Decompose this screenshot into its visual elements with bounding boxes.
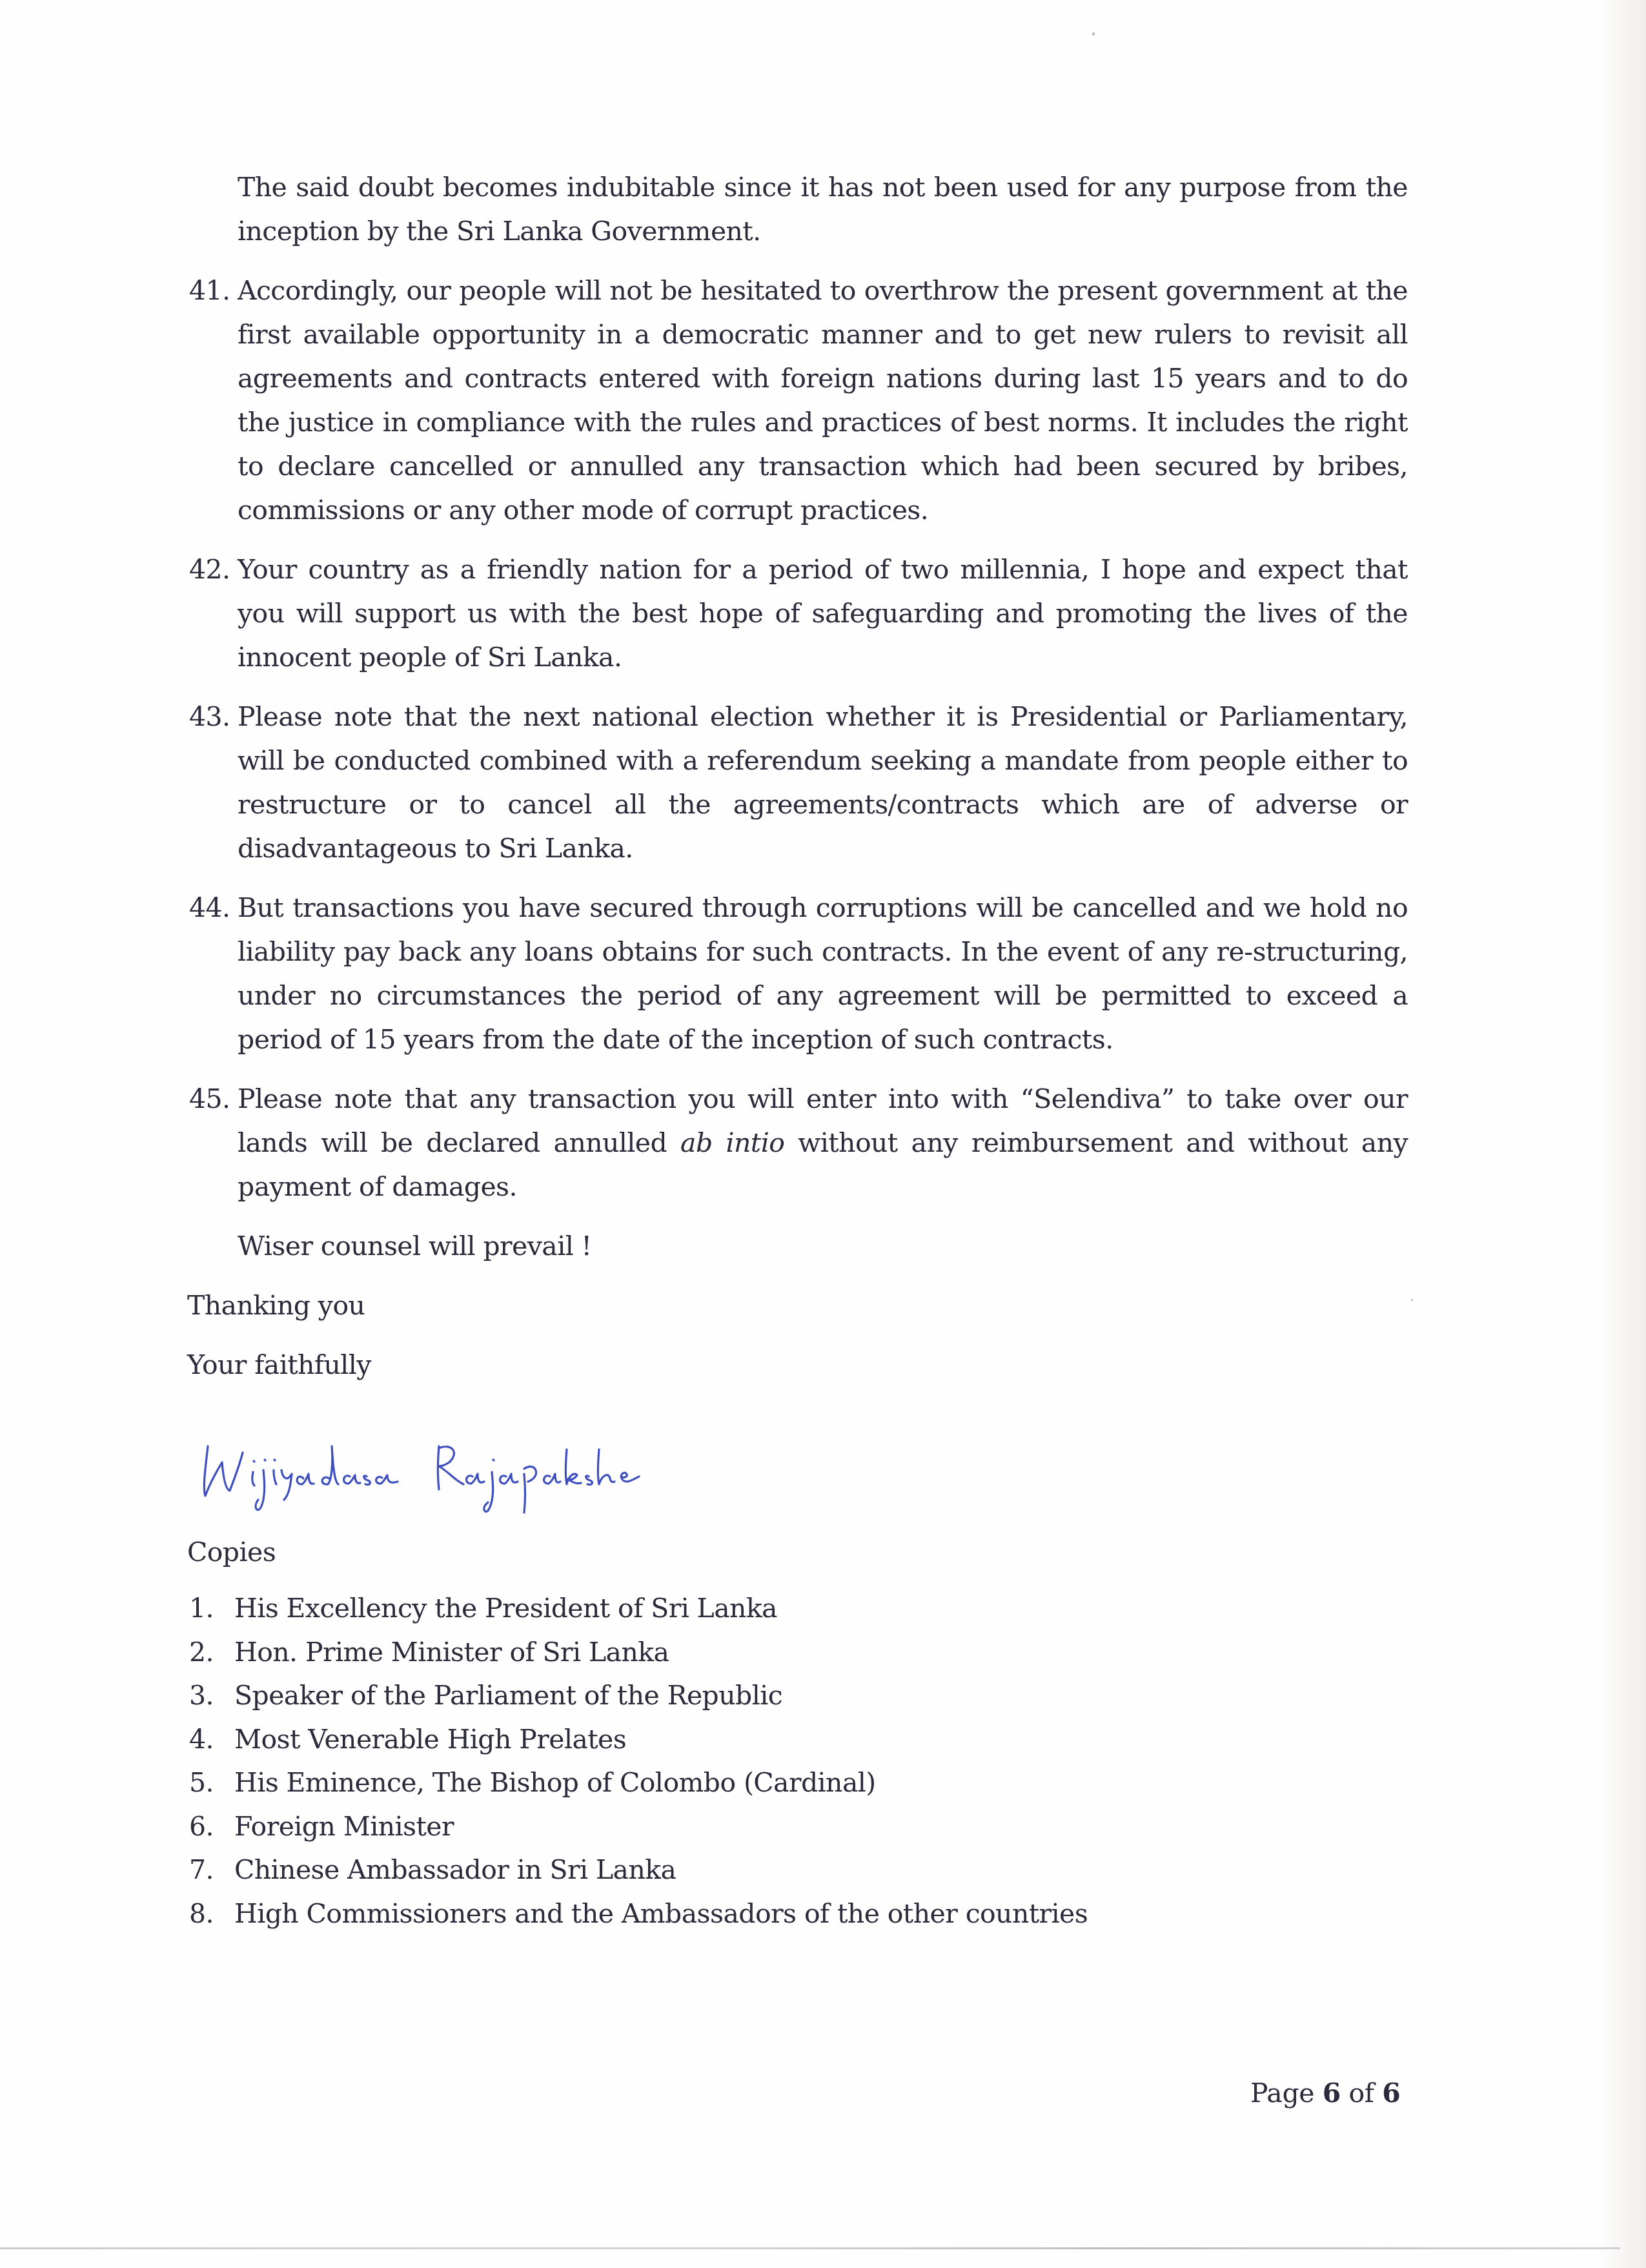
total-pages: 6 xyxy=(1382,2078,1400,2109)
paragraph-42: 42. Your country as a friendly nation fo… xyxy=(189,547,1408,679)
copy-number: 6. xyxy=(189,1805,214,1849)
paragraph-number: 42. xyxy=(189,547,230,591)
scan-speck xyxy=(1092,32,1095,36)
copy-number: 2. xyxy=(189,1631,214,1675)
paragraph-text: But transactions you have secured throug… xyxy=(238,892,1408,1055)
paragraph-number: 45. xyxy=(189,1077,230,1121)
scanned-page: The said doubt becomes indubitable since… xyxy=(0,0,1646,2268)
intro-continuation: The said doubt becomes indubitable since… xyxy=(189,165,1408,253)
copy-recipient: 3.Speaker of the Parliament of the Repub… xyxy=(189,1674,1416,1718)
paragraph-text: Please note that any transaction you wil… xyxy=(238,1083,1408,1202)
scan-speck xyxy=(1411,1299,1413,1301)
copy-recipient: 2.Hon. Prime Minister of Sri Lanka xyxy=(189,1631,1416,1675)
paragraph-45: 45. Please note that any transaction you… xyxy=(189,1077,1408,1209)
copy-recipient: 6.Foreign Minister xyxy=(189,1805,1416,1849)
copy-number: 1. xyxy=(189,1587,214,1631)
signature-ink xyxy=(194,1417,775,1514)
paragraph-number: 43. xyxy=(189,695,230,739)
thanking-line: Thanking you xyxy=(187,1283,1408,1327)
copy-text: Most Venerable High Prelates xyxy=(234,1724,626,1755)
scan-bottom-edge xyxy=(0,2247,1620,2249)
page-number-footer: Page 6 of 6 xyxy=(1250,2071,1400,2115)
paragraph-text: Your country as a friendly nation for a … xyxy=(238,554,1408,673)
copy-recipient: 4.Most Venerable High Prelates xyxy=(189,1718,1416,1762)
copies-heading: Copies xyxy=(187,1530,276,1574)
copy-recipient: 8.High Commissioners and the Ambassadors… xyxy=(189,1892,1416,1936)
intro-text: The said doubt becomes indubitable since… xyxy=(238,172,1408,247)
paragraph-number: 41. xyxy=(189,269,230,312)
scan-edge-shadow xyxy=(1594,0,1646,2268)
current-page: 6 xyxy=(1323,2078,1341,2109)
copy-text: Hon. Prime Minister of Sri Lanka xyxy=(234,1637,669,1668)
wiser-counsel: Wiser counsel will prevail ! xyxy=(189,1224,1408,1268)
copy-text: Foreign Minister xyxy=(234,1811,454,1842)
of-label: of xyxy=(1349,2078,1374,2109)
page-label: Page xyxy=(1250,2078,1314,2109)
signature-text: Wijeyadasa Rajapakshe xyxy=(194,1417,201,1418)
letter-body: The said doubt becomes indubitable since… xyxy=(189,165,1408,1402)
copy-number: 8. xyxy=(189,1892,214,1936)
sign-off: Your faithfully xyxy=(187,1343,1408,1387)
latin-term: ab intio xyxy=(680,1127,784,1158)
paragraph-text: Accordingly, our people will not be hesi… xyxy=(238,275,1408,526)
copy-number: 5. xyxy=(189,1761,214,1805)
copy-number: 4. xyxy=(189,1718,214,1762)
paragraph-44: 44. But transactions you have secured th… xyxy=(189,886,1408,1061)
paragraph-number: 44. xyxy=(189,886,230,930)
copy-text: His Eminence, The Bishop of Colombo (Car… xyxy=(234,1767,876,1798)
handwritten-signature: Wijeyadasa Rajapakshe xyxy=(194,1417,775,1514)
copy-recipient: 1.His Excellency the President of Sri La… xyxy=(189,1587,1416,1631)
copy-text: High Commissioners and the Ambassadors o… xyxy=(234,1898,1088,1929)
copy-text: Speaker of the Parliament of the Republi… xyxy=(234,1680,782,1711)
paragraph-text: Please note that the next national elect… xyxy=(238,701,1408,864)
copy-text: His Excellency the President of Sri Lank… xyxy=(234,1593,777,1624)
paragraph-41: 41. Accordingly, our people will not be … xyxy=(189,269,1408,532)
paragraph-43: 43. Please note that the next national e… xyxy=(189,695,1408,870)
copy-text: Chinese Ambassador in Sri Lanka xyxy=(234,1854,676,1885)
copy-recipient: 5.His Eminence, The Bishop of Colombo (C… xyxy=(189,1761,1416,1805)
copy-number: 3. xyxy=(189,1674,214,1718)
copies-list: 1.His Excellency the President of Sri La… xyxy=(189,1587,1416,1936)
copy-number: 7. xyxy=(189,1848,214,1892)
copy-recipient: 7.Chinese Ambassador in Sri Lanka xyxy=(189,1848,1416,1892)
